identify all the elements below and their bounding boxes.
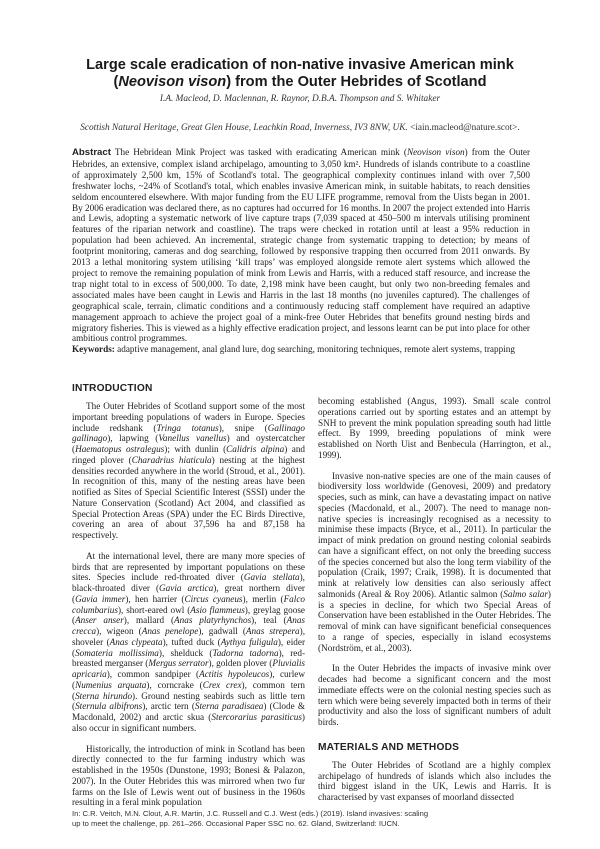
citation-line-2: up to meet the challenge, pp. 261–266. O…	[72, 819, 532, 829]
paragraph: The Outer Hebrides of Scotland support s…	[72, 401, 305, 541]
affiliation-org: Scottish Natural Heritage, Great Glen Ho…	[80, 123, 408, 133]
affiliation-email: <iain.macleod@nature.scot>.	[410, 123, 520, 133]
citation-line-1: In: C.R. Veitch, M.N. Clout, A.R. Martin…	[72, 809, 532, 819]
abstract-species: Neovison vison	[407, 147, 465, 157]
title-line-2: (Neovison vison) from the Outer Hebrides…	[0, 74, 600, 91]
left-column: INTRODUCTION The Outer Hebrides of Scotl…	[72, 383, 305, 818]
paragraph: Historically, the introduction of mink i…	[72, 744, 305, 809]
paragraph: At the international level, there are ma…	[72, 551, 305, 734]
citation-footer: In: C.R. Veitch, M.N. Clout, A.R. Martin…	[72, 809, 532, 828]
title-rest: ) from the Outer Hebrides of Scotland	[226, 74, 486, 90]
right-column: becoming established (Angus, 1993). Smal…	[318, 396, 551, 813]
paper-title: Large scale eradication of non-native in…	[0, 57, 600, 91]
affiliation: Scottish Natural Heritage, Great Glen Ho…	[0, 123, 600, 134]
abstract: Abstract The Hebridean Mink Project was …	[72, 147, 530, 344]
abstract-label: Abstract	[72, 147, 111, 158]
keywords-label: Keywords:	[72, 344, 115, 354]
title-line-1: Large scale eradication of non-native in…	[0, 57, 600, 74]
section-heading-methods: MATERIALS AND METHODS	[318, 742, 551, 754]
abstract-text: ) from the Outer Hebrides, an extensive,…	[72, 147, 530, 343]
keywords-list: adaptive management, anal gland lure, do…	[115, 344, 515, 354]
section-heading-introduction: INTRODUCTION	[72, 383, 305, 395]
paragraph: The Outer Hebrides of Scotland are a hig…	[318, 760, 551, 803]
title-species: Neovison vison	[118, 74, 226, 90]
author-list: I.A. Macleod, D. Maclennan, R. Raynor, D…	[0, 94, 600, 105]
paragraph: Invasive non-native species are one of t…	[318, 471, 551, 654]
paragraph: In the Outer Hebrides the impacts of inv…	[318, 663, 551, 728]
keywords: Keywords: adaptive management, anal glan…	[72, 344, 542, 355]
paragraph: becoming established (Angus, 1993). Smal…	[318, 396, 551, 461]
abstract-text: The Hebridean Mink Project was tasked wi…	[111, 147, 407, 157]
